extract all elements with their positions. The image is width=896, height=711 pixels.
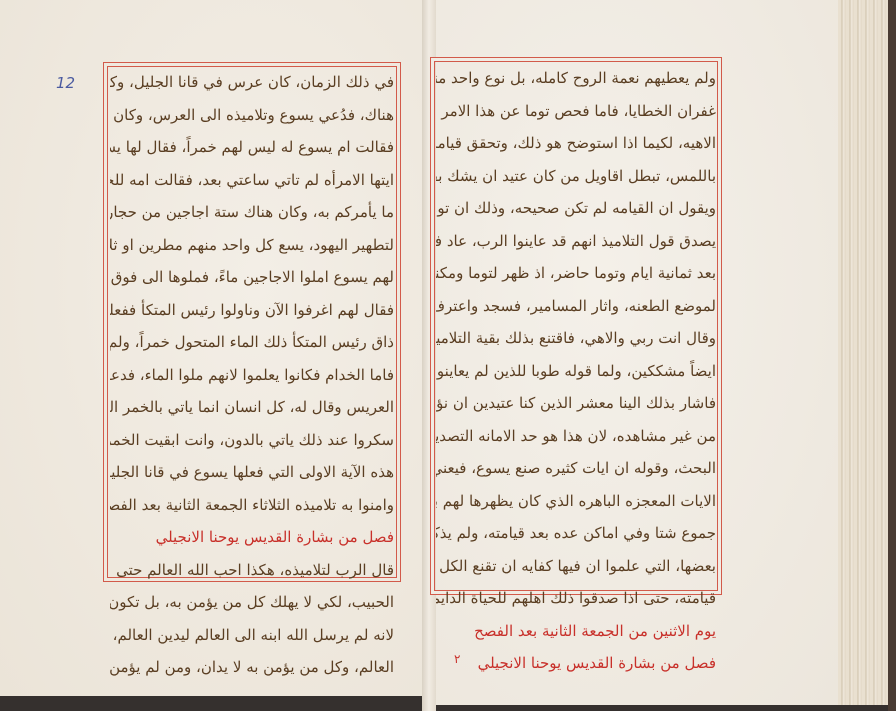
rubric-heading: فصل من بشارة القديس يوحنا الانجيلي bbox=[436, 647, 716, 680]
text-line: الحبيب، لكي لا يهلك كل من يؤمن به، بل تك… bbox=[110, 586, 394, 619]
text-line: فقال لهم اغرفوا الآن وناولوا رئيس المتكأ… bbox=[110, 294, 394, 327]
text-line: العالم، وكل من يؤمن به لا يدان، ومن لم ي… bbox=[110, 651, 394, 684]
rubric-heading: يوم الاثنين من الجمعة الثانية بعد الفصح bbox=[436, 615, 716, 648]
text-line: ويقول ان القيامه لم تكن صحيحه، وذلك ان ت… bbox=[436, 192, 716, 225]
text-line: البحث، وقوله ان ايات كثيره صنع يسوع، فيع… bbox=[436, 452, 716, 485]
text-line: العريس وقال له، كل انسان انما ياتي بالخم… bbox=[110, 391, 394, 424]
left-page-text: في ذلك الزمان، كان عرس في قانا الجليل، و… bbox=[110, 66, 394, 684]
text-line: سكروا عند ذلك ياتي بالدون، وانت ابقيت ال… bbox=[110, 424, 394, 457]
text-line: ذاق رئيس المتكأ ذلك الماء المتحول خمراً،… bbox=[110, 326, 394, 359]
text-line: هذه الآية الاولى التي فعلها يسوع في قانا… bbox=[110, 456, 394, 489]
text-line: الايات المعجزه الباهره الذي كان يظهرها ل… bbox=[436, 485, 716, 518]
text-line: ولم يعطيهم نعمة الروح كامله، بل نوع واحد… bbox=[436, 62, 716, 95]
right-page-text: ولم يعطيهم نعمة الروح كامله، بل نوع واحد… bbox=[436, 62, 716, 680]
text-line: فاشار بذلك الينا معشر الذين كنا عتيدين ا… bbox=[436, 387, 716, 420]
open-manuscript: 12 ٢ في ذلك الزمان، كان عرس في قانا الجل… bbox=[0, 0, 896, 711]
folio-number: 12 bbox=[56, 74, 75, 92]
text-line: باللمس، تبطل اقاويل من كان عتيد ان يشك ب… bbox=[436, 160, 716, 193]
text-line: لموضع الطعنه، واثار المسامير، فسجد واعتر… bbox=[436, 290, 716, 323]
text-line: قال الرب لتلاميذه، هكذا احب الله العالم … bbox=[110, 554, 394, 587]
book-cover-edge bbox=[888, 0, 896, 711]
text-line: بعد ثمانية ايام وتوما حاضر، اذ ظهر لتوما… bbox=[436, 257, 716, 290]
text-line: ما يأمركم به، وكان هناك ستة اجاجين من حج… bbox=[110, 196, 394, 229]
text-line: قيامته، حتى اذا صدقوا ذلك اهلهم للحياة ا… bbox=[436, 582, 716, 615]
rubric-heading: فصل من بشارة القديس يوحنا الانجيلي bbox=[110, 521, 394, 554]
text-line: بعضها، التي علموا ان فيها كفايه ان تقنع … bbox=[436, 550, 716, 583]
text-line: لانه لم يرسل الله ابنه الى العالم ليدين … bbox=[110, 619, 394, 652]
text-line: ايتها الامرأه لم تاتي ساعتي بعد، فقالت ا… bbox=[110, 164, 394, 197]
text-line: غفران الخطايا، فاما فحص توما عن هذا الام… bbox=[436, 95, 716, 128]
text-line: من غير مشاهده، لان هذا هو حد الامانه الت… bbox=[436, 420, 716, 453]
text-line: هناك، فدُعي يسوع وتلاميذه الى العرس، وكا… bbox=[110, 99, 394, 132]
text-line: يصدق قول التلاميذ انهم قد عاينوا الرب، ع… bbox=[436, 225, 716, 258]
text-line: جموع شتا وفي اماكن عده بعد قيامته، ولم ي… bbox=[436, 517, 716, 550]
text-line: لتطهير اليهود، يسع كل واحد منهم مطرين او… bbox=[110, 229, 394, 262]
text-line: لهم يسوع املوا الاجاجين ماءً، فملوها الى… bbox=[110, 261, 394, 294]
text-line: في ذلك الزمان، كان عرس في قانا الجليل، و… bbox=[110, 66, 394, 99]
text-line: الاهيه، لكيما اذا استوضح هو ذلك، وتحقق ق… bbox=[436, 127, 716, 160]
text-line: وقال انت ربي والاهي، فاقتنع بذلك بقية ال… bbox=[436, 322, 716, 355]
text-line: ايضاً مشككين، ولما قوله طوبا للذين لم يع… bbox=[436, 355, 716, 388]
text-line: فاما الخدام فكانوا يعلموا لانهم ملوا الم… bbox=[110, 359, 394, 392]
text-line: وامنوا به تلاميذه الثلاثاء الجمعة الثاني… bbox=[110, 489, 394, 522]
text-line: فقالت ام يسوع له ليس لهم خمراً، فقال لها… bbox=[110, 131, 394, 164]
